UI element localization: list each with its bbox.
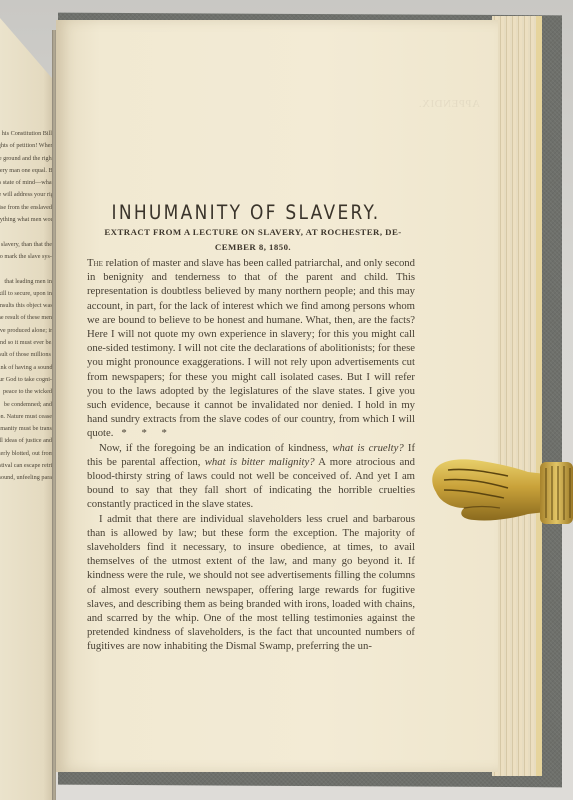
left-page-verso: is his Constitution Billrights of petiti… — [0, 18, 54, 800]
left-page-line: utterly blotted, out from the — [0, 448, 52, 460]
subtitle-line-1: EXTRACT FROM A LECTURE ON SLAVERY, AT RO… — [92, 225, 414, 240]
subtitle-line-2: CEMBER 8, 1850. — [92, 240, 414, 255]
left-page-line: humanity must be trans- — [0, 423, 52, 435]
left-page-line — [0, 226, 52, 238]
left-page-line — [0, 263, 52, 275]
left-page-line: skill to secure, upon in — [0, 288, 52, 300]
left-page-line: be condemned; and — [0, 399, 52, 411]
body-text: The relation of master and slave has bee… — [87, 256, 415, 654]
left-page-line: sound, unfeeling para — [0, 472, 52, 484]
left-page-line: peace to the wicked — [0, 386, 52, 398]
left-page-line: our God to take cogni- — [0, 374, 52, 386]
paragraph-2: Now, if the foregoing be an indication o… — [87, 441, 415, 512]
left-page-line: all ideas of justice and — [0, 435, 52, 447]
left-page-line: to mark the slave sys- — [0, 251, 52, 263]
paragraph-3: I admit that there are individual slaveh… — [87, 512, 415, 654]
left-page-line: raise from the enslaved — [0, 202, 52, 214]
left-page-line: anything what men would — [0, 214, 52, 226]
paragraph-1: The relation of master and slave has bee… — [87, 256, 415, 441]
left-page-line: we will address your right — [0, 189, 52, 201]
left-page-line: The result of these men — [0, 312, 52, 324]
emphasis-malignity: what is bitter malignity? — [205, 456, 315, 468]
left-page-line: think of having a sound — [0, 362, 52, 374]
left-page-line: have produced alone; in — [0, 325, 52, 337]
paragraph-1-text: relation of master and slave has been ca… — [87, 257, 415, 439]
left-page-line: of slavery, than that the — [0, 239, 52, 251]
emphasis-cruelty: what is cruelty? — [332, 442, 403, 454]
left-page-line: that leading men in — [0, 276, 52, 288]
page-edges-stack — [492, 16, 542, 776]
left-page-line: consults this object was — [0, 300, 52, 312]
paragraph-2-pre: Now, if the foregoing be an indication o… — [99, 442, 332, 454]
left-page-line: rights of petition! When — [0, 140, 52, 152]
left-page-line: ion. Nature must cease — [0, 411, 52, 423]
left-page-line: result of those millions of — [0, 349, 52, 361]
left-page-line: his state of mind—what — [0, 177, 52, 189]
brass-hand-bookmark-icon — [428, 448, 573, 528]
page-title: INHUMANITY OF SLAVERY. — [96, 202, 396, 225]
left-page-line: festival can escape retribu- — [0, 460, 52, 472]
ellipsis-asterisks: * * * — [121, 427, 172, 439]
left-page-line: every man one equal. But — [0, 165, 52, 177]
left-page-line: ; and so it must ever be. — [0, 337, 52, 349]
left-page-line: is his Constitution Bill — [0, 128, 52, 140]
left-page-text-column: is his Constitution Billrights of petiti… — [0, 128, 52, 485]
left-page-line: the ground and the right of — [0, 153, 52, 165]
page-subtitle: EXTRACT FROM A LECTURE ON SLAVERY, AT RO… — [92, 225, 414, 255]
bleed-through-header: APPENDIX. — [100, 98, 480, 110]
paragraph-1-lead: The — [87, 257, 103, 269]
